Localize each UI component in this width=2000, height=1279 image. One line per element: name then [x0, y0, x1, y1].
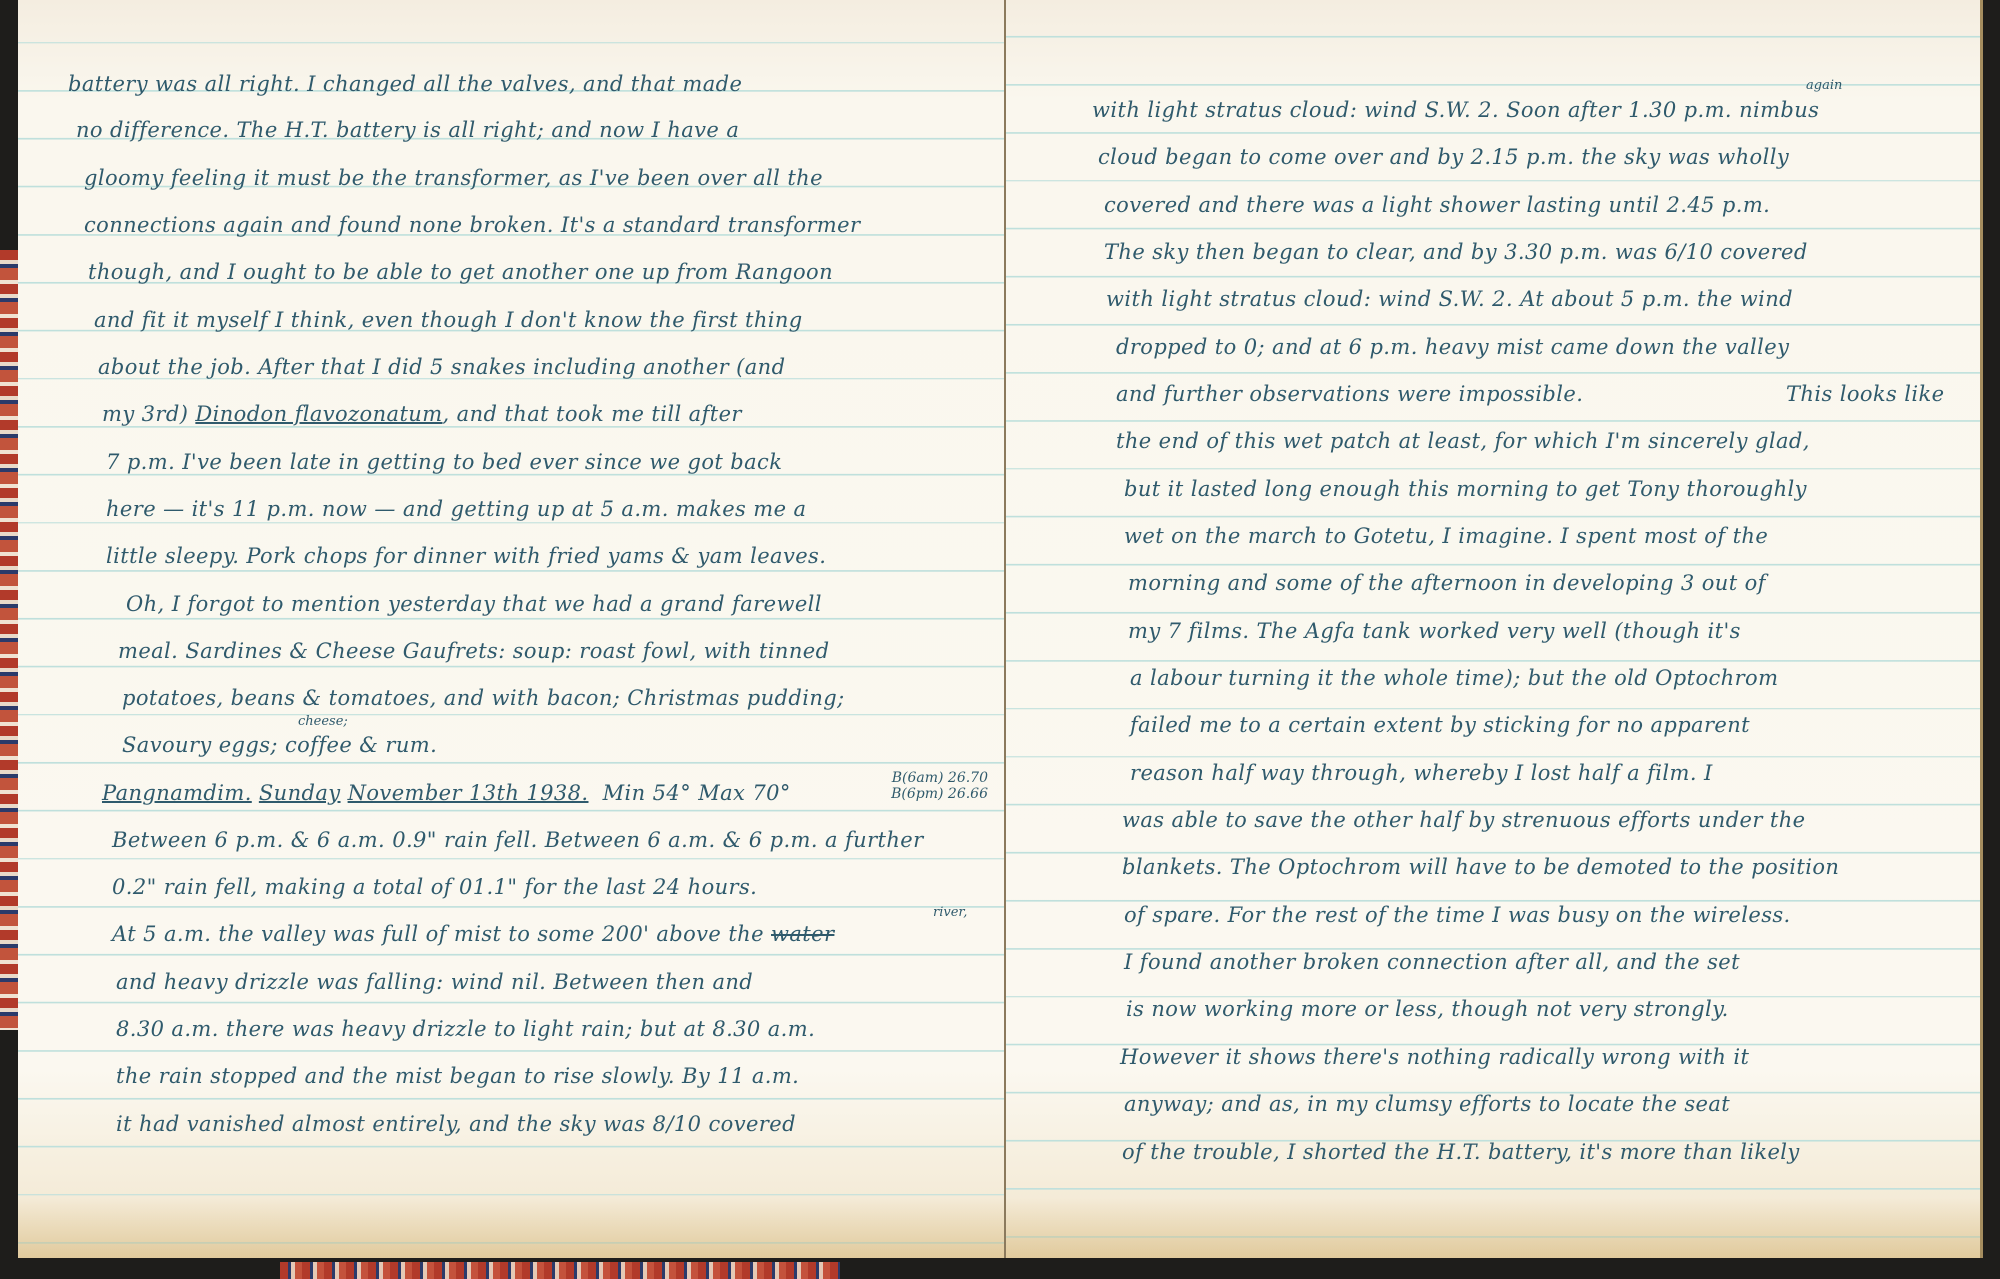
entry-day: Sunday [259, 781, 341, 805]
diary-text: with light stratus cloud: wind S.W. 2. S… [1092, 98, 1732, 122]
diary-line: and further observations were impossible… [1116, 382, 1583, 406]
diary-line: my 7 films. The Agfa tank worked very we… [1128, 619, 1741, 643]
diary-line: However it shows there's nothing radical… [1120, 1045, 1749, 1069]
diary-line: blankets. The Optochrom will have to be … [1122, 855, 1839, 879]
inserted-word: river, [933, 905, 967, 920]
entry-date: November 13th 1938. [348, 781, 589, 805]
diary-text: and further observations were impossible… [1116, 382, 1583, 406]
diary-text: At 5 a.m. the valley was full of mist to… [112, 922, 764, 946]
diary-line: with light stratus cloud: wind S.W. 2. S… [1092, 98, 1819, 122]
diary-line: covered and there was a light shower las… [1104, 193, 1770, 217]
diary-line: and heavy drizzle was falling: wind nil.… [116, 970, 753, 994]
marbled-endpaper-left [0, 250, 18, 1030]
inserted-word: again [1806, 78, 1842, 93]
diary-line: At 5 a.m. the valley was full of mist to… [112, 922, 834, 946]
barometer-readings: B(6am) 26.70 B(6pm) 26.66 [858, 770, 988, 802]
diary-line: battery was all right. I changed all the… [68, 72, 742, 96]
diary-line: cloud began to come over and by 2.15 p.m… [1098, 145, 1789, 169]
diary-line: wet on the march to Gotetu, I imagine. I… [1124, 524, 1768, 548]
inserted-word: cheese; [298, 714, 348, 729]
diary-line: though, and I ought to be able to get an… [88, 260, 833, 284]
diary-line: little sleepy. Pork chops for dinner wit… [106, 544, 826, 568]
diary-line: Savoury eggs; coffee & rum. [122, 733, 437, 757]
max-temperature: Max 70° [698, 781, 791, 805]
species-name: Dinodon flavozonatum [195, 402, 442, 426]
diary-line: my 3rd) Dinodon flavozonatum, and that t… [102, 402, 742, 426]
diary-line: about the job. After that I did 5 snakes… [98, 355, 785, 379]
diary-line: This looks like [1786, 382, 1944, 406]
diary-text: coffee & rum. [285, 733, 437, 757]
diary-line: and fit it myself I think, even though I… [94, 308, 803, 332]
diary-line: meal. Sardines & Cheese Gaufrets: soup: … [118, 639, 829, 663]
struck-word: water [771, 922, 834, 946]
diary-line: anyway; and as, in my clumsy efforts to … [1124, 1092, 1730, 1116]
diary-line: gloomy feeling it must be the transforme… [84, 166, 823, 190]
diary-line: Between 6 p.m. & 6 a.m. 0.9" rain fell. … [112, 828, 924, 852]
entry-heading: Pangnamdim. Sunday November 13th 1938. M… [102, 781, 791, 805]
right-page: with light stratus cloud: wind S.W. 2. S… [1006, 0, 1983, 1258]
diary-line: a labour turning it the whole time); but… [1130, 666, 1778, 690]
entry-place: Pangnamdim. [102, 781, 252, 805]
diary-line: the rain stopped and the mist began to r… [116, 1064, 799, 1088]
diary-line: reason half way through, whereby I lost … [1130, 761, 1713, 785]
diary-line: I found another broken connection after … [1124, 950, 1740, 974]
barometer-am: B(6am) 26.70 [858, 770, 988, 786]
diary-text: my 3rd) [102, 402, 188, 426]
diary-line: of the trouble, I shorted the H.T. batte… [1122, 1140, 1800, 1164]
marbled-endpaper-bottom [280, 1262, 840, 1279]
diary-line: morning and some of the afternoon in dev… [1128, 571, 1766, 595]
diary-line: the end of this wet patch at least, for … [1116, 429, 1810, 453]
diary-line: 8.30 a.m. there was heavy drizzle to lig… [116, 1017, 815, 1041]
diary-line: potatoes, beans & tomatoes, and with bac… [122, 686, 845, 710]
min-temperature: Min 54° [603, 781, 691, 805]
diary-line: is now working more or less, though not … [1126, 997, 1729, 1021]
diary-text: nimbus [1739, 98, 1819, 122]
diary-line: but it lasted long enough this morning t… [1124, 477, 1807, 501]
diary-text: Savoury eggs; [122, 733, 278, 757]
diary-line: 7 p.m. I've been late in getting to bed … [106, 450, 782, 474]
diary-line: it had vanished almost entirely, and the… [116, 1112, 796, 1136]
diary-line: of spare. For the rest of the time I was… [1124, 903, 1791, 927]
diary-line: 0.2" rain fell, making a total of 01.1" … [112, 875, 757, 899]
diary-line: no difference. The H.T. battery is all r… [76, 118, 739, 142]
diary-line: here — it's 11 p.m. now — and getting up… [106, 497, 806, 521]
barometer-pm: B(6pm) 26.66 [858, 786, 988, 802]
diary-line: connections again and found none broken.… [84, 213, 860, 237]
left-page: battery was all right. I changed all the… [18, 0, 1006, 1258]
diary-line: dropped to 0; and at 6 p.m. heavy mist c… [1116, 335, 1789, 359]
diary-line: The sky then began to clear, and by 3.30… [1104, 240, 1808, 264]
diary-line: Oh, I forgot to mention yesterday that w… [126, 592, 822, 616]
diary-line: with light stratus cloud: wind S.W. 2. A… [1106, 287, 1793, 311]
diary-text: , and that took me till after [443, 402, 742, 426]
diary-line: failed me to a certain extent by stickin… [1130, 713, 1750, 737]
diary-line: was able to save the other half by stren… [1122, 808, 1805, 832]
